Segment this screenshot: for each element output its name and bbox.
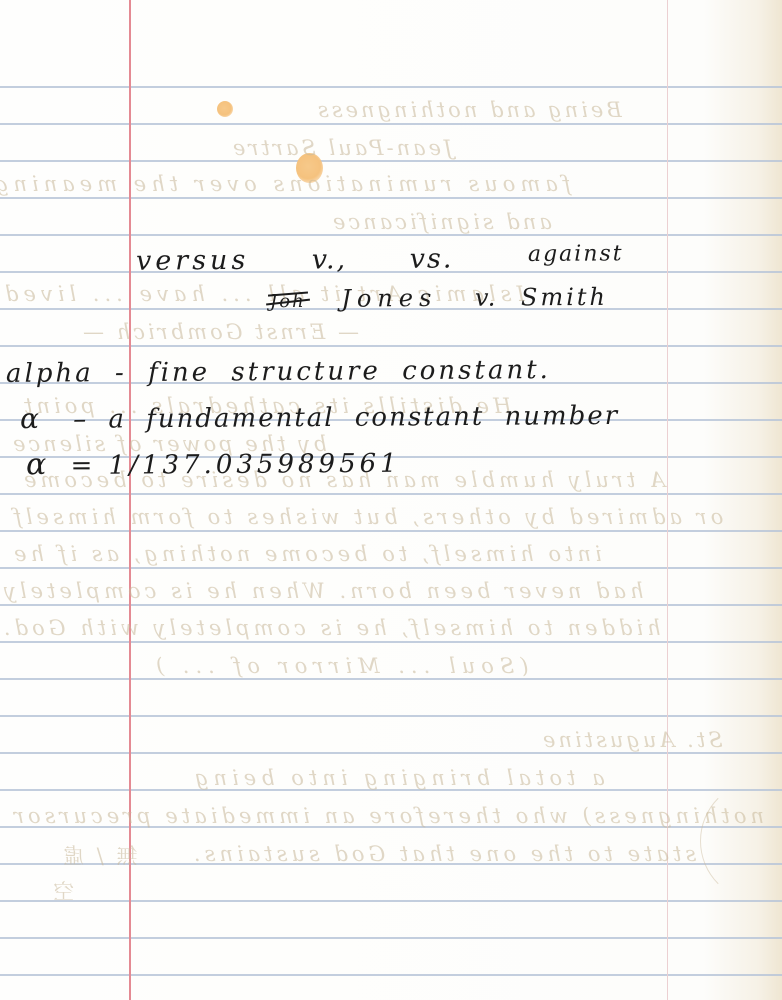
word: Smith [521,283,608,312]
handwriting-line-versus: versus v., vs. against [136,242,624,276]
word: versus [136,245,249,277]
bleed-line: famous ruminations over the meaning [0,172,571,196]
bleed-line: St. Augustine [540,728,723,752]
word: v., [312,244,347,275]
ruled-line [0,530,782,532]
alpha-symbol: α [26,447,51,482]
bleed-line: Being and nothingness [315,98,622,122]
ruled-line [0,234,782,236]
ruled-line [0,715,782,717]
word: v. [475,284,498,312]
word: Jones [341,284,437,313]
notebook-page: Being and nothingness Jean-Paul Sartre f… [0,0,782,1000]
word: vs. [410,243,454,274]
word: against [528,241,624,267]
bleed-line: into himself, to become nothing, as if h… [10,542,602,566]
ruled-line [0,493,782,495]
bleed-line: nothingness) who therefore an immediate … [10,804,764,828]
ruled-line [0,974,782,976]
ruled-line [0,86,782,88]
handwriting-line-alpha-definition: alpha - fine structure constant. [6,355,551,389]
ruled-line [0,937,782,939]
ruled-line [0,641,782,643]
bleed-line: a total bringing into being [190,766,605,790]
bleed-line: Jean-Paul Sartre [230,136,452,160]
phrase: – a fundamental constant number [73,401,619,435]
ruled-line [0,160,782,162]
ruled-line [0,345,782,347]
alpha-value: = 1/137.035989561 [70,449,400,481]
ruled-line [0,123,782,125]
bleed-line: state to the one that God sustains. [190,842,696,866]
bleed-line: (Soul ... Mirror of ... ) [150,654,528,678]
bleed-line: hidden to himself, he is completely with… [0,616,661,640]
bleed-line: or admired by others, but wishes to form… [10,505,723,529]
handwriting-line-alpha-value: α = 1/137.035989561 [26,445,401,483]
stain-small [217,101,233,117]
bleed-line: — Ernst Gombrich — [80,320,359,344]
handwriting-line-case-name: Joh Jones v. Smith [270,283,608,313]
ruled-line [0,900,782,902]
handwriting-line-fundamental-constant: α – a fundamental constant number [20,398,619,435]
alpha-symbol: α [20,402,41,435]
struck-word: Joh [270,291,306,312]
bleed-line: had never been born. When he is complete… [0,579,644,603]
ruled-line [0,197,782,199]
ruled-line [0,678,782,680]
ruled-line [0,567,782,569]
ruled-line [0,604,782,606]
bleed-line: and significance [330,210,552,234]
bleed-bracket [700,780,782,902]
ruled-line [0,752,782,754]
